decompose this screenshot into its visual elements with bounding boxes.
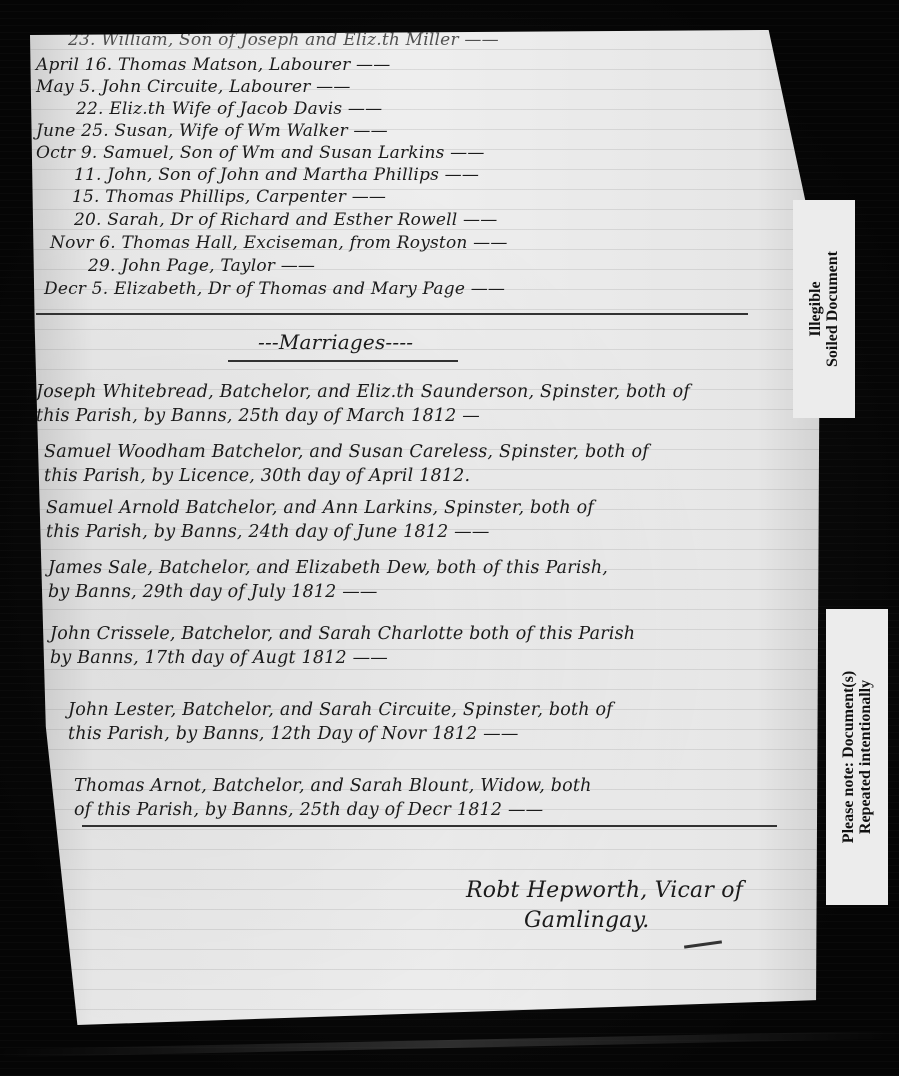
burial-text: John, Son of John and Martha Phillips	[107, 165, 479, 185]
burial-date: Octr 9.	[36, 143, 97, 163]
marriage-line-1: John Crissele, Batchelor, and Sarah Char…	[50, 622, 635, 646]
burial-date: 20.	[74, 210, 102, 230]
note-label-line-1: Please note: Document(s)	[840, 671, 857, 843]
burial-text: Thomas Hall, Exciseman, from Royston	[121, 233, 507, 253]
signature-flourish	[684, 940, 722, 948]
burial-date: May 5.	[36, 77, 96, 97]
burial-date: 11.	[74, 165, 102, 185]
burial-date: April 16.	[36, 55, 112, 75]
burial-entry: Decr 5. Elizabeth, Dr of Thomas and Mary…	[44, 279, 505, 299]
heading-underline	[228, 360, 458, 362]
marriage-line-1: John Lester, Batchelor, and Sarah Circui…	[68, 698, 613, 722]
marriage-line-2: of this Parish, by Banns, 25th day of De…	[74, 798, 592, 822]
marriage-entry: Samuel Woodham Batchelor, and Susan Care…	[44, 440, 649, 488]
burial-entry: Octr 9. Samuel, Son of Wm and Susan Lark…	[36, 143, 485, 163]
burial-text: Sarah, Dr of Richard and Esther Rowell	[107, 210, 497, 230]
marriage-line-2: this Parish, by Licence, 30th day of Apr…	[44, 464, 649, 488]
marriage-entry: Joseph Whitebread, Batchelor, and Eliz.t…	[36, 380, 690, 428]
marriage-entry: James Sale, Batchelor, and Elizabeth Dew…	[48, 556, 608, 604]
illegible-label-line-2: Soiled Document	[824, 251, 841, 367]
burial-date: 29.	[88, 256, 116, 276]
marriage-entry: Thomas Arnot, Batchelor, and Sarah Bloun…	[74, 774, 592, 822]
repeated-note-label: Please note: Document(s) Repeated intent…	[826, 609, 888, 905]
burial-text: Samuel, Son of Wm and Susan Larkins	[103, 143, 484, 163]
note-label-line-2: Repeated intentionally	[857, 671, 874, 843]
burial-entry: Novr 6. Thomas Hall, Exciseman, from Roy…	[50, 233, 508, 253]
burial-entry: 11. John, Son of John and Martha Phillip…	[38, 165, 479, 185]
marriage-line-1: Joseph Whitebread, Batchelor, and Eliz.t…	[36, 380, 690, 404]
vicar-signature: Robt Hepworth, Vicar of Gamlingay.	[466, 876, 743, 936]
marriage-entry: John Crissele, Batchelor, and Sarah Char…	[50, 622, 635, 670]
burial-date: June 25.	[36, 121, 109, 141]
burial-entry: 29. John Page, Taylor	[52, 256, 315, 276]
closing-divider	[82, 825, 777, 827]
burial-entry: 15. Thomas Phillips, Carpenter	[36, 187, 386, 207]
marriage-line-1: Samuel Arnold Batchelor, and Ann Larkins…	[46, 496, 594, 520]
burial-entry: April 16. Thomas Matson, Labourer	[36, 55, 390, 75]
burial-entry: 20. Sarah, Dr of Richard and Esther Rowe…	[38, 210, 497, 230]
illegible-label-line-1: Illegible	[807, 251, 824, 367]
burial-text: Elizabeth, Dr of Thomas and Mary Page	[114, 279, 505, 299]
burial-date: 15.	[72, 187, 100, 207]
marriage-line-1: Thomas Arnot, Batchelor, and Sarah Bloun…	[74, 774, 592, 798]
burial-entry: June 25. Susan, Wife of Wm Walker	[36, 121, 388, 141]
burial-text: Thomas Phillips, Carpenter	[105, 187, 386, 207]
register-page: 23. William, Son of Joseph and Eliz.th M…	[30, 30, 820, 1025]
burial-text: Eliz.th Wife of Jacob Davis	[109, 99, 382, 119]
marriages-heading: ---Marriages----	[258, 330, 413, 354]
marriage-line-1: Samuel Woodham Batchelor, and Susan Care…	[44, 440, 649, 464]
burial-text: John Page, Taylor	[121, 256, 315, 276]
burial-date: Decr 5.	[44, 279, 108, 299]
burial-entry: 22. Eliz.th Wife of Jacob Davis	[40, 99, 382, 119]
marriage-line-2: by Banns, 29th day of July 1812 ——	[48, 580, 608, 604]
burial-date: Novr 6.	[50, 233, 116, 253]
marriage-line-2: this Parish, by Banns, 24th day of June …	[46, 520, 594, 544]
burial-date: 22.	[76, 99, 104, 119]
burial-text: Thomas Matson, Labourer	[118, 55, 390, 75]
marriage-entry: John Lester, Batchelor, and Sarah Circui…	[68, 698, 613, 746]
signature-line-1: Robt Hepworth, Vicar of	[466, 876, 743, 906]
marriage-line-1: James Sale, Batchelor, and Elizabeth Dew…	[48, 556, 608, 580]
section-divider	[36, 313, 748, 315]
burial-entry: May 5. John Circuite, Labourer	[36, 77, 351, 97]
marriage-line-2: this Parish, by Banns, 12th Day of Novr …	[68, 722, 613, 746]
marriage-entry: Samuel Arnold Batchelor, and Ann Larkins…	[46, 496, 594, 544]
burial-text: John Circuite, Labourer	[102, 77, 351, 97]
marriage-line-2: by Banns, 17th day of Augt 1812 ——	[50, 646, 635, 670]
illegible-label: Illegible Soiled Document	[793, 200, 855, 418]
signature-line-2: Gamlingay.	[466, 906, 743, 936]
burial-text: Susan, Wife of Wm Walker	[114, 121, 387, 141]
marriage-line-2: this Parish, by Banns, 25th day of March…	[36, 404, 690, 428]
